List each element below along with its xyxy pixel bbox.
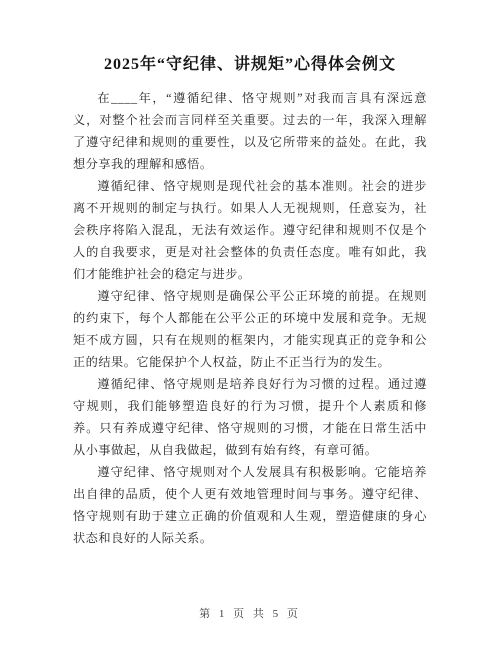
paragraph-personal-growth: 遵守纪律、恪守规则对个人发展具有积极影响。它能培养出自律的品质，使个人更有效地管… [73,461,427,549]
paragraph-fairness: 遵守纪律、恪守规则是确保公平公正环境的前提。在规则的约束下，每个人都能在公平公正… [73,285,427,373]
document-body: 在____年，“遵循纪律、恪守规则”对我而言具有深远意义，对整个社会而言同样至关… [73,87,427,549]
paragraph-intro: 在____年，“遵循纪律、恪守规则”对我而言具有深远意义，对整个社会而言同样至关… [73,87,427,175]
page-number-indicator: 第 1 页 共 5 页 [0,605,500,621]
paragraph-social-norms: 遵循纪律、恪守规则是现代社会的基本准则。社会的进步离不开规则的制定与执行。如果人… [73,175,427,285]
document-title: 2025年“守纪律、讲规矩”心得体会例文 [0,0,500,74]
document-page: 2025年“守纪律、讲规矩”心得体会例文 在____年，“遵循纪律、恪守规则”对… [0,0,500,647]
paragraph-habits: 遵循纪律、恪守规则是培养良好行为习惯的过程。通过遵守规则，我们能够塑造良好的行为… [73,373,427,461]
